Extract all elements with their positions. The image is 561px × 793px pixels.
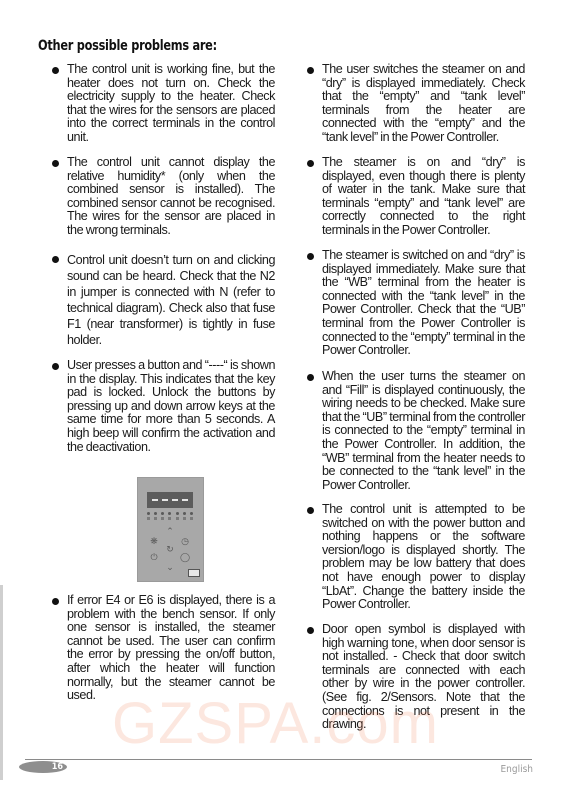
list-item: User presses a button and “----“ is show… xyxy=(48,359,275,454)
list-item: If error E4 or E6 is displayed, there is… xyxy=(48,594,275,703)
indicator-leds xyxy=(147,512,193,515)
panel-display xyxy=(147,492,193,508)
list-item: The control unit is working fine, but th… xyxy=(48,63,275,145)
watermark: GZSPA.com xyxy=(112,690,439,757)
bullet-icon xyxy=(307,507,314,514)
brand-logo xyxy=(188,569,200,577)
list-item-text: The control unit is working fine, but th… xyxy=(67,63,275,145)
list-item-text: Control unit doesn’t turn on and clickin… xyxy=(67,252,275,348)
list-item-text: If error E4 or E6 is displayed, there is… xyxy=(67,594,275,703)
list-item: Control unit doesn’t turn on and clickin… xyxy=(48,252,275,348)
footer-language: English xyxy=(501,764,534,775)
down-arrow-icon: ⌄ xyxy=(164,564,176,573)
bullet-icon xyxy=(52,256,59,263)
list-item: The user switches the steamer on and “dr… xyxy=(303,63,525,145)
list-item: The steamer is switched on and “dry” is … xyxy=(303,249,525,358)
bullet-icon xyxy=(307,374,314,381)
bullet-icon xyxy=(52,67,59,74)
list-item: The control unit is attempted to be swit… xyxy=(303,503,525,612)
list-item-text: The control unit cannot display the rela… xyxy=(67,156,275,238)
control-panel-image: ⌃ ❋ ◷ ↻ ⏻ ◯ ⌄ xyxy=(137,477,204,582)
list-item-text: User presses a button and “----“ is show… xyxy=(67,359,275,454)
list-item-text: The control unit is attempted to be swit… xyxy=(322,503,525,612)
list-item: The control unit cannot display the rela… xyxy=(48,156,275,238)
list-item-text: The steamer is switched on and “dry” is … xyxy=(322,249,525,358)
bullet-icon xyxy=(52,363,59,370)
bullet-icon xyxy=(52,160,59,167)
cycle-icon: ↻ xyxy=(164,546,176,555)
fan-steam-icon: ❋ xyxy=(148,538,160,547)
bullet-icon xyxy=(307,253,314,260)
list-item: The steamer is on and “dry” is displayed… xyxy=(303,156,525,238)
list-item-text: The user switches the steamer on and “dr… xyxy=(322,63,525,145)
list-item: When the user turns the steamer on and “… xyxy=(303,370,525,492)
list-item-text: When the user turns the steamer on and “… xyxy=(322,370,525,492)
margin-bar xyxy=(0,585,3,780)
bullet-icon xyxy=(307,160,314,167)
bullet-icon xyxy=(52,598,59,605)
bullet-icon xyxy=(307,627,314,634)
power-icon: ⏻ xyxy=(148,554,160,563)
list-item-text: The steamer is on and “dry” is displayed… xyxy=(322,156,525,238)
timer-icon: ◷ xyxy=(179,538,191,547)
page-number: 16 xyxy=(19,761,67,773)
section-heading: Other possible problems are: xyxy=(38,38,217,54)
footer-divider xyxy=(25,759,532,760)
up-arrow-icon: ⌃ xyxy=(164,528,176,537)
light-icon: ◯ xyxy=(179,554,191,563)
bullet-icon xyxy=(307,67,314,74)
